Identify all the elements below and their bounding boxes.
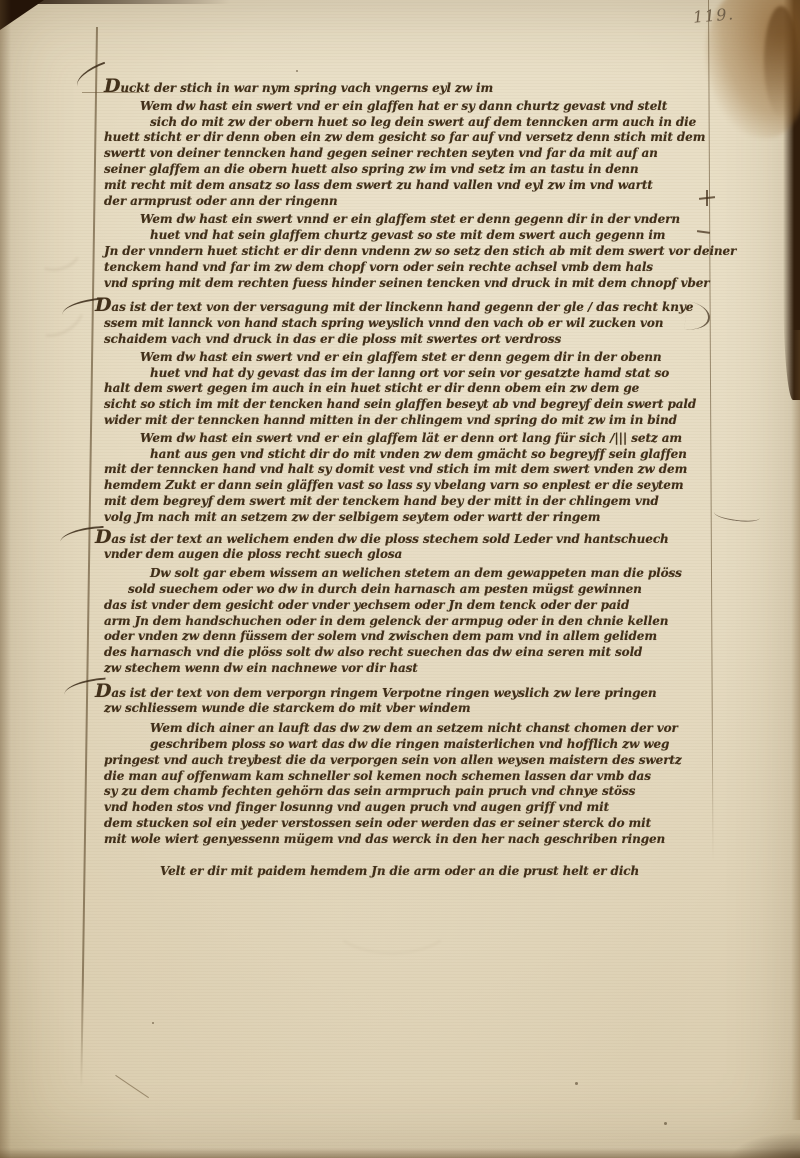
manuscript-line: mit dem begreyf dem swert mit der tencke… xyxy=(104,494,724,510)
bleed-through-mark xyxy=(330,890,454,954)
manuscript-line: swertt von deiner tenncken hand gegen se… xyxy=(104,146,724,162)
manuscript-line: arm Jn dem handschuchen oder in dem gele… xyxy=(104,614,724,630)
manuscript-line: ssem mit lannck von hand stach spring we… xyxy=(104,316,724,332)
manuscript-line: Wem dw hast ein swert vnd er ein glaffem… xyxy=(104,431,724,447)
gloss-paragraph: Wem dw hast ein swert vnd er ein glaffen… xyxy=(104,99,724,210)
manuscript-line: die man auf offenwam kam schneller sol k… xyxy=(104,769,724,785)
manuscript-line: das ist vnder dem gesicht oder vnder yec… xyxy=(104,598,724,614)
verse-initial: D xyxy=(104,75,120,97)
manuscript-line: pringest vnd auch treybest die da verpor… xyxy=(104,753,724,769)
stain-streak xyxy=(764,6,798,116)
manuscript-line: huet vnd hat dy gevast das im der lanng … xyxy=(104,366,724,382)
manuscript-line: vnd hoden stos vnd finger losunng vnd au… xyxy=(104,800,724,816)
verse-heading: Duckt der stich in war nym spring vach v… xyxy=(104,77,724,97)
manuscript-line: oder vnden zw denn füssem der solem vnd … xyxy=(104,629,724,645)
manuscript-line: mit wole wiert genyessenn mügem vnd das … xyxy=(104,832,724,848)
manuscript-line-text: uckt der stich in war nym spring vach vn… xyxy=(120,81,493,95)
page-corner-bottom-right xyxy=(730,1132,800,1158)
page-edge-right-soft xyxy=(791,330,800,1120)
manuscript-line: hant aus gen vnd sticht dir do mit vnden… xyxy=(104,447,724,463)
manuscript-line: Wem dw hast ein swert vnd er ein glaffen… xyxy=(104,99,724,115)
verse-initial: D xyxy=(95,526,111,548)
paper-speck xyxy=(296,70,298,72)
manuscript-line: Wem dw hast ein swert vnd er ein glaffem… xyxy=(104,350,724,366)
catchline-paragraph: Velt er dir mit paidem hemdem Jn die arm… xyxy=(104,864,724,880)
manuscript-line: Das ist der text von der versagung mit d… xyxy=(104,296,724,316)
manuscript-line: sold suechem oder wo dw in durch dein ha… xyxy=(104,582,724,598)
manuscript-line: geschribem ploss so wart das dw die ring… xyxy=(104,737,724,753)
manuscript-line: wider mit der tenncken hannd mitten in d… xyxy=(104,413,724,429)
verse-paragraph: Das ist der text von dem verporgn ringem… xyxy=(104,682,724,718)
manuscript-line: Duckt der stich in war nym spring vach v… xyxy=(104,77,724,97)
manuscript-line: sicht so stich im mit der tencken hand s… xyxy=(104,397,724,413)
page-edge-top xyxy=(0,0,230,4)
manuscript-line: schaidem vach vnd druck in das er die pl… xyxy=(104,332,724,348)
manuscript-line: Velt er dir mit paidem hemdem Jn die arm… xyxy=(104,864,724,880)
manuscript-line: mit der tenncken hand vnd halt sy domit … xyxy=(104,462,724,478)
manuscript-line: Das ist der text an welichem enden dw di… xyxy=(104,528,724,548)
manuscript-line: huet vnd hat sein glaffem churtz gevast … xyxy=(104,228,724,244)
verse-paragraph: Das ist der text an welichem enden dw di… xyxy=(104,528,724,564)
manuscript-line: sy zu dem chamb fechten gehörn das sein … xyxy=(104,784,724,800)
manuscript-line: dem stucken sol ein yeder verstossen sei… xyxy=(104,816,724,832)
paper-speck xyxy=(575,1082,578,1085)
gloss-paragraph: Wem dw hast ein swert vnd er ein glaffem… xyxy=(104,350,724,429)
manuscript-line: mit recht mit dem ansatz so lass dem swe… xyxy=(104,178,724,194)
manuscript-line: sich do mit zw der obern huet so leg dei… xyxy=(104,115,724,131)
manuscript-line: tenckem hand vnd far im zw dem chopf vor… xyxy=(104,260,724,276)
manuscript-page: 119. Duckt der stich in war nym spring v… xyxy=(0,0,800,1158)
manuscript-line: der armprust oder ann der ringenn xyxy=(104,194,724,210)
manuscript-line: Jn der vnndern huet sticht er dir denn v… xyxy=(104,244,724,260)
manuscript-line: des harnasch vnd die plöss solt dw also … xyxy=(104,645,724,661)
manuscript-line: halt dem swert gegen im auch in ein huet… xyxy=(104,381,724,397)
folio-number: 119. xyxy=(692,6,735,26)
verse-initial: D xyxy=(95,294,111,316)
manuscript-line: seiner glaffem an die obern huett also s… xyxy=(104,162,724,178)
manuscript-line: vnder dem augen die ploss recht suech gl… xyxy=(104,547,724,563)
manuscript-line-text: as ist der text von dem verporgn ringem … xyxy=(111,686,656,700)
manuscript-line: zw stechem wenn dw ein nachnewe vor dir … xyxy=(104,661,724,677)
manuscript-line: huett sticht er dir denn oben ein zw dem… xyxy=(104,130,724,146)
gloss-paragraph: Wem dich ainer an lauft das dw zw dem an… xyxy=(104,721,724,847)
manuscript-line-text: as ist der text an welichem enden dw die… xyxy=(111,532,668,546)
paper-speck xyxy=(664,1122,667,1125)
manuscript-line: Dw solt gar ebem wissem an welichen stet… xyxy=(104,566,724,582)
manuscript-line: Wem dich ainer an lauft das dw zw dem an… xyxy=(104,721,724,737)
manuscript-line: volg Jm nach mit an setzem zw der selbig… xyxy=(104,510,724,526)
manuscript-line: Wem dw hast ein swert vnnd er ein glaffe… xyxy=(104,212,724,228)
page-edge-bottom xyxy=(0,1148,800,1158)
paper-speck xyxy=(152,1022,154,1024)
gloss-paragraph: Wem dw hast ein swert vnd er ein glaffem… xyxy=(104,431,724,526)
verse-paragraph: Das ist der text von der versagung mit d… xyxy=(104,296,724,347)
gloss-paragraph: Dw solt gar ebem wissem an welichen stet… xyxy=(104,566,724,677)
gloss-paragraph: Wem dw hast ein swert vnnd er ein glaffe… xyxy=(104,212,724,291)
manuscript-line: vnd spring mit dem rechten fuess hinder … xyxy=(104,276,724,292)
page-edge-left xyxy=(0,0,11,1158)
manuscript-line: zw schliessem wunde die starckem do mit … xyxy=(104,701,724,717)
manuscript-line-text: as ist der text von der versagung mit de… xyxy=(111,300,693,314)
manuscript-line: Das ist der text von dem verporgn ringem… xyxy=(104,682,724,702)
manuscript-line: hemdem Zukt er dann sein gläffen vast so… xyxy=(104,478,724,494)
verse-initial: D xyxy=(95,680,111,702)
text-block: Duckt der stich in war nym spring vach v… xyxy=(104,77,724,879)
